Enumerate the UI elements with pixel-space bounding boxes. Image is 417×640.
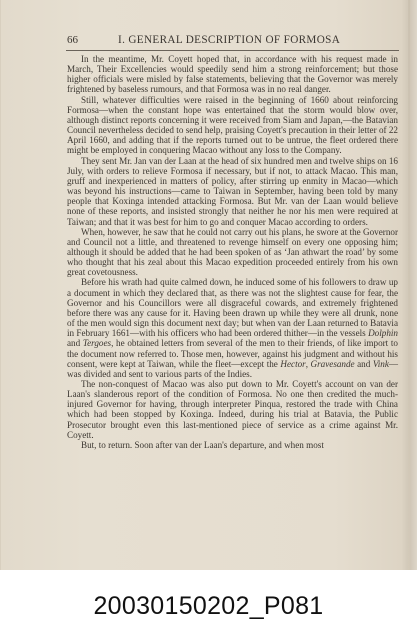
paragraph-3: They sent Mr. Jan van der Laan at the he… — [67, 156, 398, 227]
paragraph-5: Before his wrath had quite calmed down, … — [67, 277, 398, 379]
image-caption: 20030150202_P081 — [0, 592, 417, 621]
ship-name-tergoes: Tergoes — [83, 338, 111, 348]
running-title: I. GENERAL DESCRIPTION OF FORMOSA — [118, 34, 340, 46]
text-segment: and — [355, 359, 373, 369]
text-segment: Before his wrath had quite calmed down, … — [67, 277, 398, 338]
header-rule — [66, 50, 399, 51]
paragraph-2: Still, whatever difficulties were raised… — [67, 95, 398, 156]
ship-name-hector: Hector — [280, 359, 305, 369]
scanned-page: 66 I. GENERAL DESCRIPTION OF FORMOSA In … — [0, 0, 417, 570]
page-number: 66 — [67, 34, 78, 46]
paragraph-4: When, however, he saw that he could not … — [67, 227, 398, 278]
ship-name-gravesande: Gravesande — [311, 359, 355, 369]
paragraph-6: The non-conquest of Macao was also put d… — [67, 379, 398, 440]
paragraph-7: But, to return. Soon after van der Laan'… — [67, 440, 398, 450]
running-head: 66 I. GENERAL DESCRIPTION OF FORMOSA — [67, 34, 397, 48]
text-segment: and — [67, 338, 83, 348]
body-text: In the meantime, Mr. Coyett hoped that, … — [67, 54, 398, 450]
ship-name-vink: Vink — [373, 359, 389, 369]
paragraph-1: In the meantime, Mr. Coyett hoped that, … — [67, 54, 398, 95]
ship-name-dolphin: Dolphin — [368, 328, 398, 338]
